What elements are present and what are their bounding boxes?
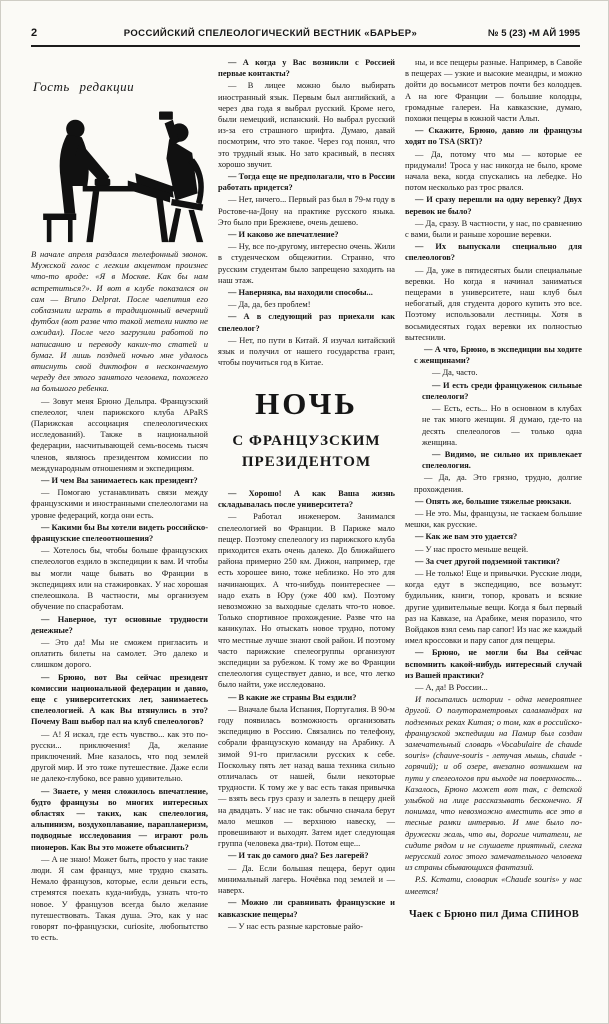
paragraph: — Да, да. Это грязно, трудно, долгие про… bbox=[405, 472, 582, 494]
paragraph: И посыпались истории - одна невероятнее … bbox=[405, 694, 582, 873]
left-column-text: В начале апреля раздался телефонный звон… bbox=[31, 249, 208, 943]
paragraph: — А что, Брюно, в экспедиции вы ходите с… bbox=[405, 344, 582, 366]
middle-column-text-top: — А когда у Вас возникли с Россией первы… bbox=[218, 57, 395, 368]
column-left: Гость редакции bbox=[31, 57, 208, 1005]
paragraph: — Нет, ничего... Первый раз был в 79-м г… bbox=[218, 194, 395, 228]
paragraph: — И каково же впечатление? bbox=[218, 229, 395, 240]
paragraph: — У нас есть разные карстовые райо- bbox=[218, 921, 395, 932]
paragraph: — Да, сразу. В частности, у нас, по срав… bbox=[405, 218, 582, 240]
paragraph: — Можно ли сравнивать французские и кавк… bbox=[218, 897, 395, 919]
paragraph: ны, и все пещеры разные. Например, в Сав… bbox=[405, 57, 582, 124]
paragraph: — В какие же страны Вы ездили? bbox=[218, 692, 395, 703]
paragraph: — Их выпускали специально для спелеолого… bbox=[405, 241, 582, 263]
paragraph: — Брюно, вот Вы сейчас президент комисси… bbox=[31, 672, 208, 728]
headline-line2: С ФРАНЦУЗСКИМ bbox=[218, 431, 395, 451]
paragraph: — Да, потому что мы — которые ее придума… bbox=[405, 149, 582, 194]
page-number: 2 bbox=[31, 27, 91, 39]
middle-column-text-bottom: — Хорошо! А как Ваша жизнь складывалась … bbox=[218, 488, 395, 932]
paragraph: — А когда у Вас возникли с Россией первы… bbox=[218, 57, 395, 79]
paragraph: — Да, да, без проблем! bbox=[218, 299, 395, 310]
paragraph: — Вначале была Испания, Португалия. В 90… bbox=[218, 704, 395, 850]
paragraph: — И так до самого дна? Без лагерей? bbox=[218, 850, 395, 861]
paragraph: — За счет другой подземной тактики? bbox=[405, 556, 582, 567]
paragraph: — Наверное, тут основные трудности денеж… bbox=[31, 614, 208, 636]
section-label: Гость редакции bbox=[33, 79, 208, 95]
paragraph: — Работал инженером. Занимался спелеолог… bbox=[218, 511, 395, 690]
article-headline: НОЧЬ С ФРАНЦУЗСКИМ ПРЕЗИДЕНТОМ bbox=[218, 388, 395, 472]
paragraph: — Как же вам это удается? bbox=[405, 531, 582, 542]
paragraph: P.S. Кстати, словарик «Chaude souris» у … bbox=[405, 874, 582, 896]
paragraph: — У нас просто меньше вещей. bbox=[405, 544, 582, 555]
paragraph: — Тогда еще не предполагали, что в Росси… bbox=[218, 171, 395, 193]
paragraph: — Нет, по пути в Китай. Я изучал китайск… bbox=[218, 335, 395, 369]
headline-line1: НОЧЬ bbox=[218, 388, 395, 419]
paragraph: — Наверняка, вы находили способы... bbox=[218, 287, 395, 298]
newspaper-title: РОССИЙСКИЙ СПЕЛЕОЛОГИЧЕСКИЙ ВЕСТНИК «БАР… bbox=[91, 28, 450, 39]
paragraph: В начале апреля раздался телефонный звон… bbox=[31, 249, 208, 395]
column-right: ны, и все пещеры разные. Например, в Сав… bbox=[405, 57, 582, 1005]
page-header: 2 РОССИЙСКИЙ СПЕЛЕОЛОГИЧЕСКИЙ ВЕСТНИК «Б… bbox=[31, 27, 580, 39]
issue-info: № 5 (23) •М АЙ 1995 bbox=[450, 28, 580, 39]
column-middle: — А когда у Вас возникли с Россией первы… bbox=[218, 57, 395, 1005]
headline-line3: ПРЕЗИДЕНТОМ bbox=[218, 452, 395, 472]
paragraph: — Не только! Еще и привычки. Русские люд… bbox=[405, 568, 582, 646]
paragraph: — А, да! В России... bbox=[405, 682, 582, 693]
paragraph: — Да. Если большая пещера, берут один ми… bbox=[218, 863, 395, 897]
paragraph: — Хорошо! А как Ваша жизнь складывалась … bbox=[218, 488, 395, 510]
paragraph: — И есть среди француженок сильные спеле… bbox=[405, 380, 582, 402]
paragraph: — Да, часто. bbox=[405, 367, 582, 378]
header-rule bbox=[31, 45, 580, 47]
byline: Чаек с Брюно пил Дима СПИНОВ bbox=[405, 909, 582, 920]
paragraph: — Помогаю устанавливать связи между фран… bbox=[31, 487, 208, 521]
paragraph: — А! Я искал, где есть чувство... как эт… bbox=[31, 729, 208, 785]
paragraph: — Знаете, у меня сложилось впечатление, … bbox=[31, 786, 208, 853]
paragraph: — И сразу перешли на одну веревку? Двух … bbox=[405, 194, 582, 216]
newspaper-page: 2 РОССИЙСКИЙ СПЕЛЕОЛОГИЧЕСКИЙ ВЕСТНИК «Б… bbox=[0, 0, 609, 1024]
paragraph: — Видимо, не сильно их привлекает спелео… bbox=[405, 449, 582, 471]
paragraph: — В лицее можно было выбирать иностранны… bbox=[218, 80, 395, 170]
paragraph: — Скажите, Брюно, давно ли французы ходя… bbox=[405, 125, 582, 147]
right-column-text: ны, и все пещеры разные. Например, в Сав… bbox=[405, 57, 582, 897]
paragraph: — Брюно, не могли бы Вы сейчас вспомнить… bbox=[405, 647, 582, 681]
paragraph: — А в следующий раз приехали как спелеол… bbox=[218, 311, 395, 333]
two-people-at-table-silhouette-icon bbox=[31, 105, 208, 243]
paragraph: — Есть, есть... Но в основном в клубах н… bbox=[405, 403, 582, 448]
guest-illustration bbox=[31, 105, 208, 243]
paragraph: — А не знаю! Может быть, просто у нас та… bbox=[31, 854, 208, 944]
paragraph: — И чем Вы занимаетесь как президент? bbox=[31, 475, 208, 486]
article-columns: Гость редакции bbox=[31, 57, 582, 1005]
paragraph: — Какими бы Вы хотели видеть российско-ф… bbox=[31, 522, 208, 544]
paragraph: — Да, уже в пятидесятых были специальные… bbox=[405, 265, 582, 343]
paragraph: — Это да! Мы не сможем пригласить и опла… bbox=[31, 637, 208, 671]
paragraph: — Не это. Мы, французы, не таскаем больш… bbox=[405, 508, 582, 530]
paragraph: — Хотелось бы, чтобы больше французских … bbox=[31, 545, 208, 612]
paragraph: — Опять же, большие тяжелые рюкзаки. bbox=[405, 496, 582, 507]
paragraph: — Ну, все по-другому, интересно очень. Ж… bbox=[218, 241, 395, 286]
paragraph: — Зовут меня Брюно Дельпра. Французский … bbox=[31, 396, 208, 474]
